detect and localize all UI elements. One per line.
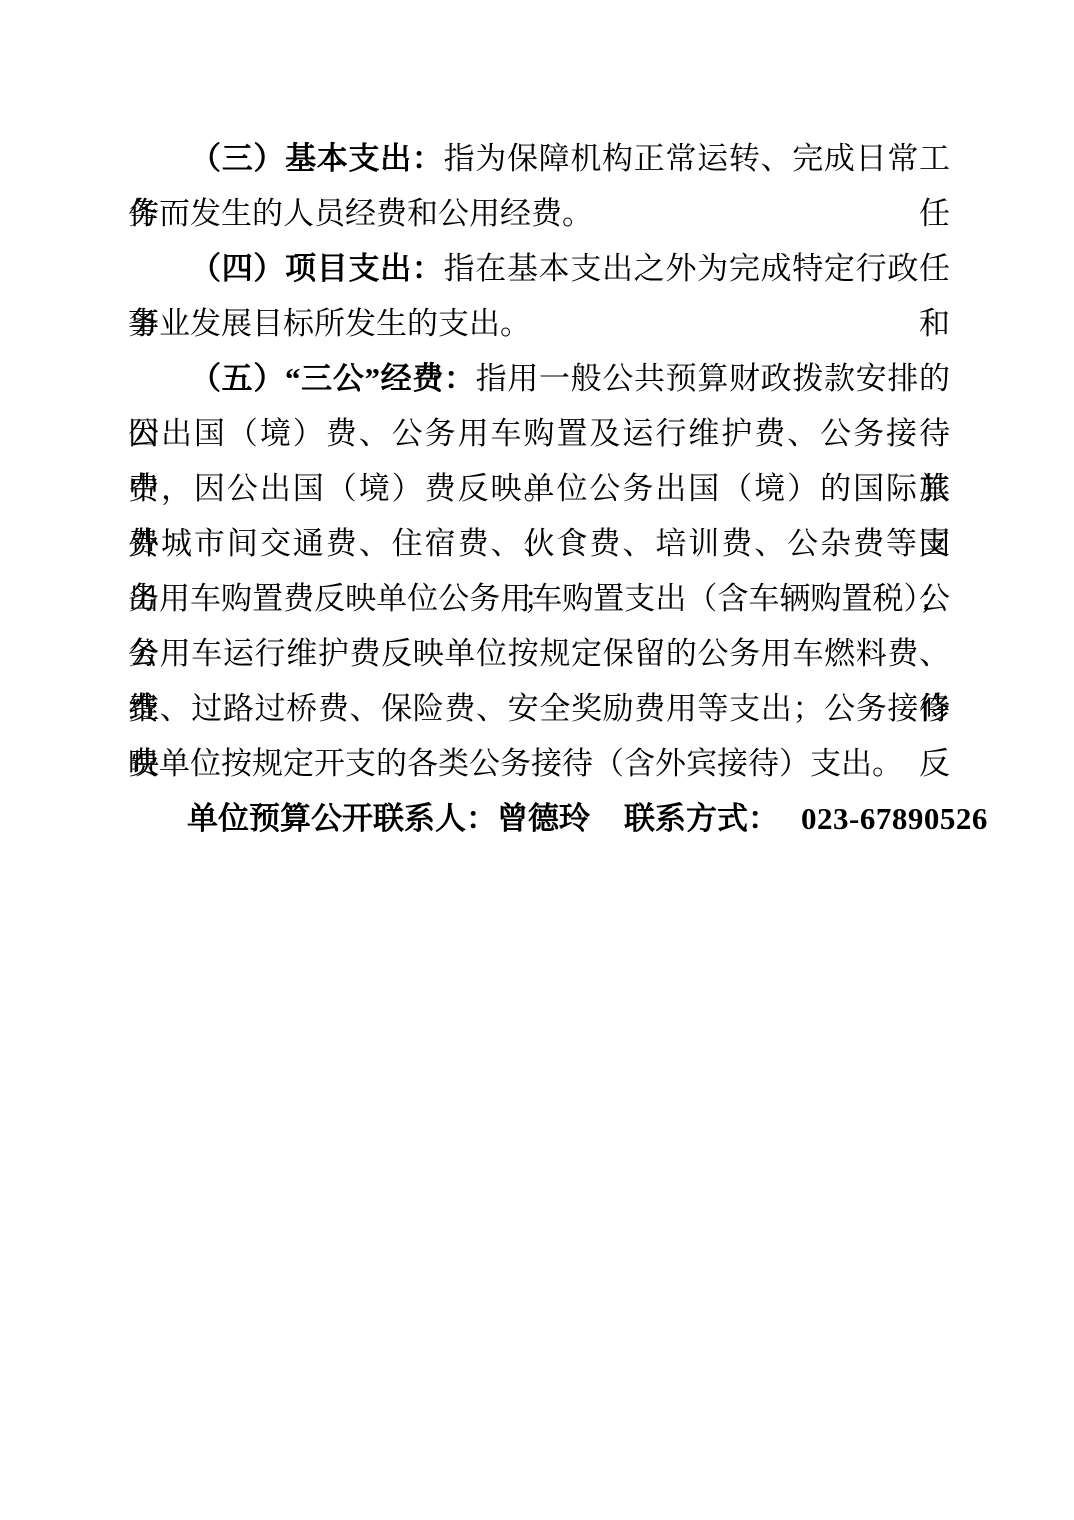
document-line: 外城市间交通费、住宿费、伙食费、培训费、公杂费等支出；公 [128, 516, 950, 571]
document-line: （三）基本支出：指为保障机构正常运转、完成日常工作任 [128, 131, 950, 186]
paragraph-lead: （三）基本支出： [190, 141, 444, 176]
document-line: 公出国（境）费、公务用车购置及运行维护费、公务接待费。其 [128, 406, 950, 461]
paragraph-lead: （五）“三公”经费： [190, 361, 476, 396]
contact-method-label: 联系方式： [624, 801, 779, 836]
document-line: 映单位按规定开支的各类公务接待（含外宾接待）支出。 [128, 736, 950, 791]
budget-contact-line: 单位预算公开联系人：曾德玲联系方式：023-67890526 [128, 791, 950, 846]
document-page: （三）基本支出：指为保障机构正常运转、完成日常工作任 务而发生的人员经费和公用经… [0, 0, 1074, 1520]
document-line: （四）项目支出：指在基本支出之外为完成特定行政任务和 [128, 241, 950, 296]
document-body: （三）基本支出：指为保障机构正常运转、完成日常工作任 务而发生的人员经费和公用经… [128, 131, 950, 846]
paragraph-text: 务而发生的人员经费和公用经费。 [128, 196, 593, 231]
document-line: 务用车购置费反映单位公务用车购置支出（含车辆购置税）；公 [128, 571, 950, 626]
paragraph-text: 事业发展目标所发生的支出。 [128, 306, 531, 341]
contact-person-name: 曾德玲 [497, 801, 590, 836]
contact-person-label: 单位预算公开联系人： [187, 801, 497, 836]
document-line: 务用车运行维护费反映单位按规定保留的公务用车燃料费、维修 [128, 626, 950, 681]
paragraph-lead: （四）项目支出： [190, 251, 444, 286]
document-line: 费、过路过桥费、保险费、安全奖励费用等支出；公务接待费反 [128, 681, 950, 736]
contact-phone-number: 023-67890526 [801, 801, 988, 836]
document-line: （五）“三公”经费：指用一般公共预算财政拨款安排的因 [128, 351, 950, 406]
paragraph-text: 映单位按规定开支的各类公务接待（含外宾接待）支出。 [128, 746, 903, 781]
document-line: 中，因公出国（境）费反映单位公务出国（境）的国际旅费、国 [128, 461, 950, 516]
